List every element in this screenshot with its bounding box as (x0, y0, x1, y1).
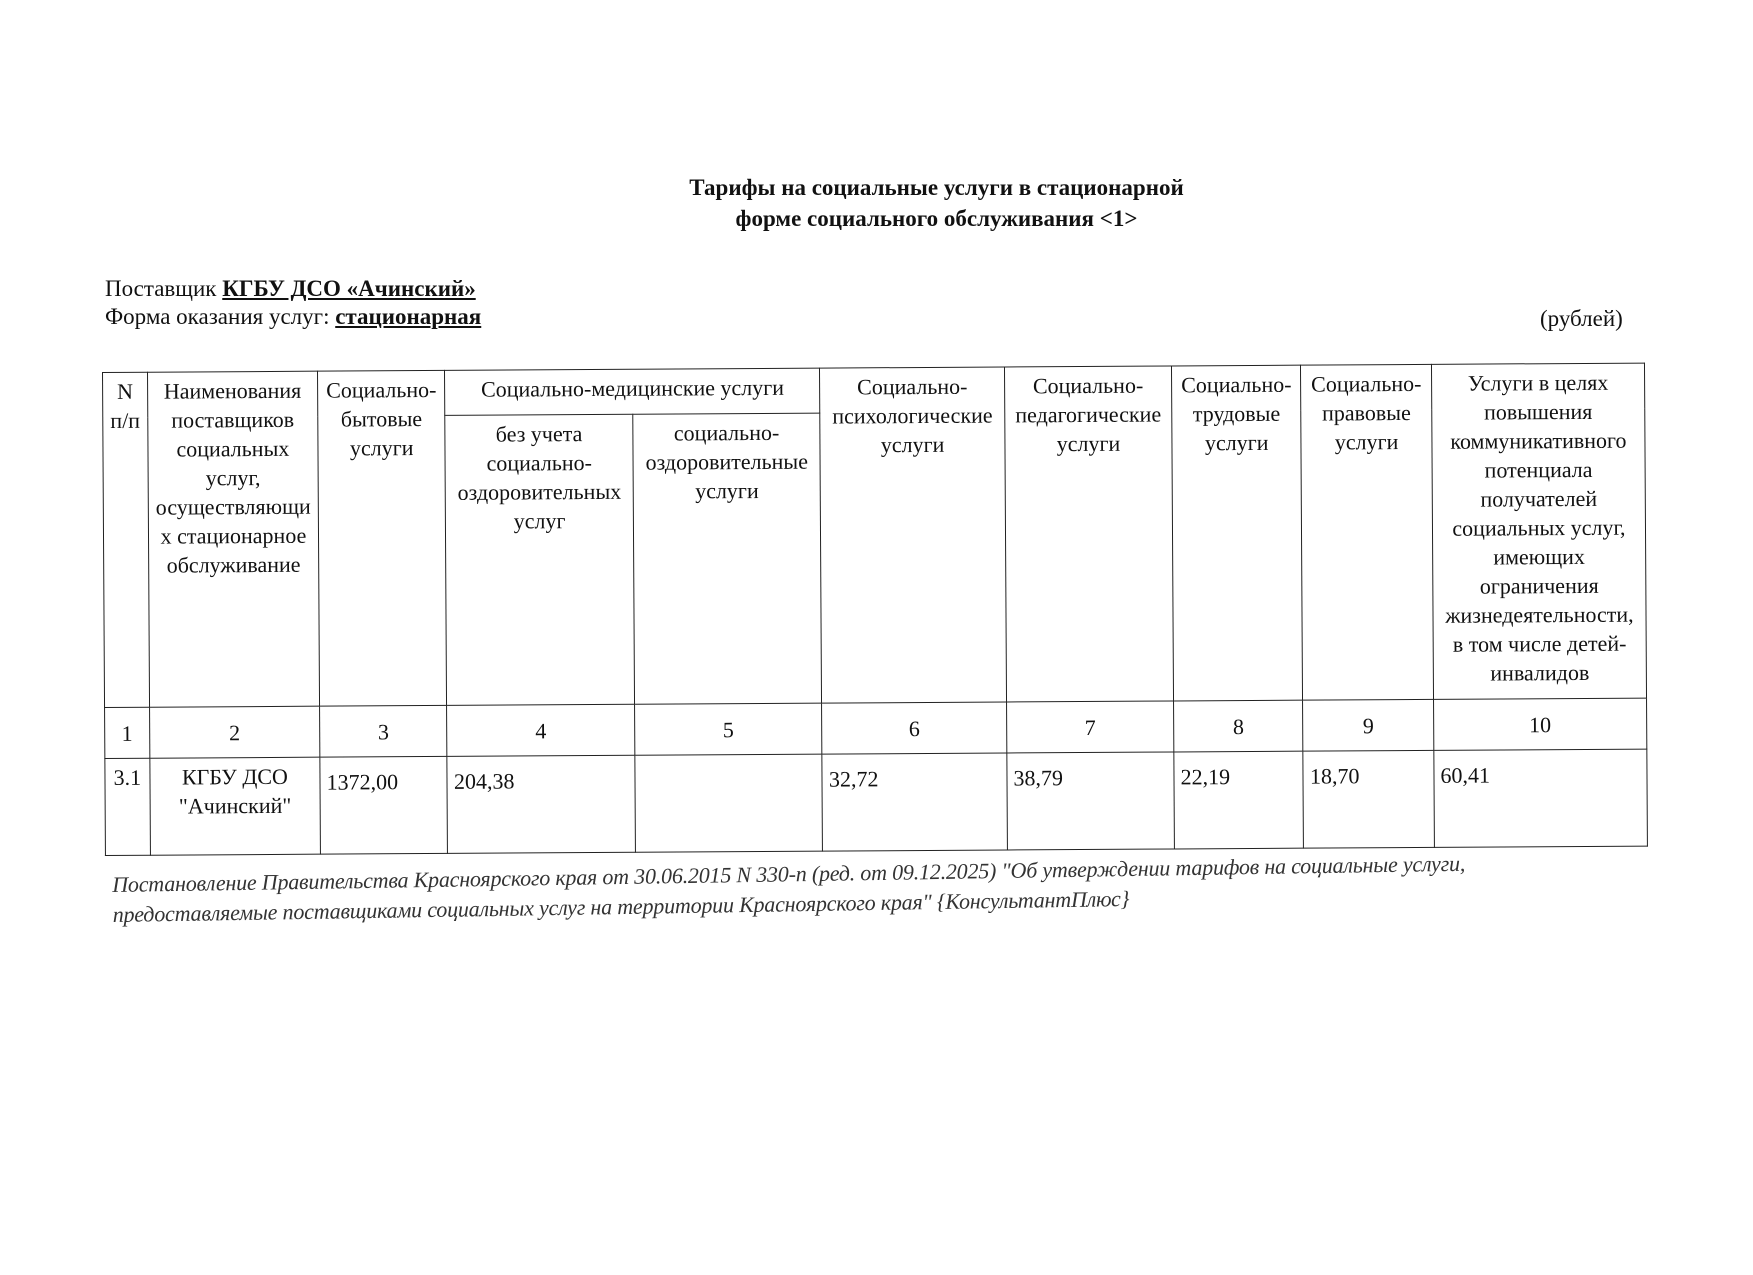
cell-pedagogical: 38,79 (1007, 752, 1175, 850)
header-medical-group: Социально-медицинские услуги (445, 368, 820, 415)
service-form-value: стационарная (335, 304, 481, 329)
header-communicative: Услуги в целях повышения коммуникативног… (1431, 363, 1646, 699)
row-provider: КГБУ ДСО "Ачинский" (150, 757, 321, 855)
title-line-1: Тарифы на социальные услуги в стационарн… (120, 172, 1753, 203)
cell-psychological: 32,72 (822, 753, 1007, 851)
header-labor: Социально-трудовые услуги (1172, 365, 1303, 701)
header-row: N п/п Наименования поставщиков социальны… (103, 363, 1645, 417)
column-number: 1 (105, 707, 150, 758)
tariff-table: N п/п Наименования поставщиков социальны… (102, 363, 1648, 856)
row-number: 3.1 (105, 758, 150, 855)
header-legal: Социально-правовые услуги (1301, 364, 1433, 700)
cell-labor: 22,19 (1174, 751, 1304, 849)
title-line-2: форме социального обслуживания <1> (120, 203, 1753, 234)
column-number: 7 (1006, 701, 1173, 753)
column-number: 2 (149, 706, 319, 758)
header-medical-wellness: социально-оздоровительные услуги (633, 413, 822, 704)
column-number: 6 (822, 702, 1007, 754)
units-label: (рублей) (1540, 306, 1623, 332)
header-medical-without-wellness: без учета социально-оздоровительных услу… (445, 414, 634, 705)
source-citation: Постановление Правительства Красноярског… (112, 846, 1633, 930)
page-title: Тарифы на социальные услуги в стационарн… (0, 172, 1753, 234)
table-row: 3.1 КГБУ ДСО "Ачинский" 1372,00 204,38 3… (105, 749, 1648, 855)
column-number: 5 (634, 703, 822, 755)
column-number: 10 (1433, 698, 1646, 750)
tariff-table-container: N п/п Наименования поставщиков социальны… (102, 363, 1648, 856)
service-form-label: Форма оказания услуг: (105, 304, 329, 329)
header-psychological: Социально-психологические услуги (820, 367, 1006, 703)
cell-legal: 18,70 (1303, 750, 1434, 848)
cell-communicative: 60,41 (1434, 749, 1648, 847)
column-number: 8 (1174, 700, 1304, 752)
header-num: N п/п (103, 372, 150, 707)
column-number: 9 (1303, 699, 1434, 751)
cell-social-household: 1372,00 (320, 756, 448, 854)
cell-medical-wellness (635, 754, 823, 852)
header-social-household: Социально-бытовые услуги (318, 370, 447, 706)
header-pedagogical: Социально-педагогические услуги (1004, 366, 1173, 702)
column-number: 3 (320, 705, 448, 757)
supplier-label: Поставщик (105, 276, 217, 301)
cell-medical-without-wellness: 204,38 (447, 755, 635, 853)
column-number-row: 1 2 3 4 5 6 7 8 9 10 (105, 698, 1647, 758)
column-number: 4 (447, 704, 635, 756)
service-form-line: Форма оказания услуг: стационарная (105, 304, 481, 330)
header-provider: Наименования поставщиков социальных услу… (147, 371, 319, 707)
supplier-line: Поставщик КГБУ ДСО «Ачинский» (105, 276, 476, 302)
supplier-value: КГБУ ДСО «Ачинский» (222, 276, 475, 301)
